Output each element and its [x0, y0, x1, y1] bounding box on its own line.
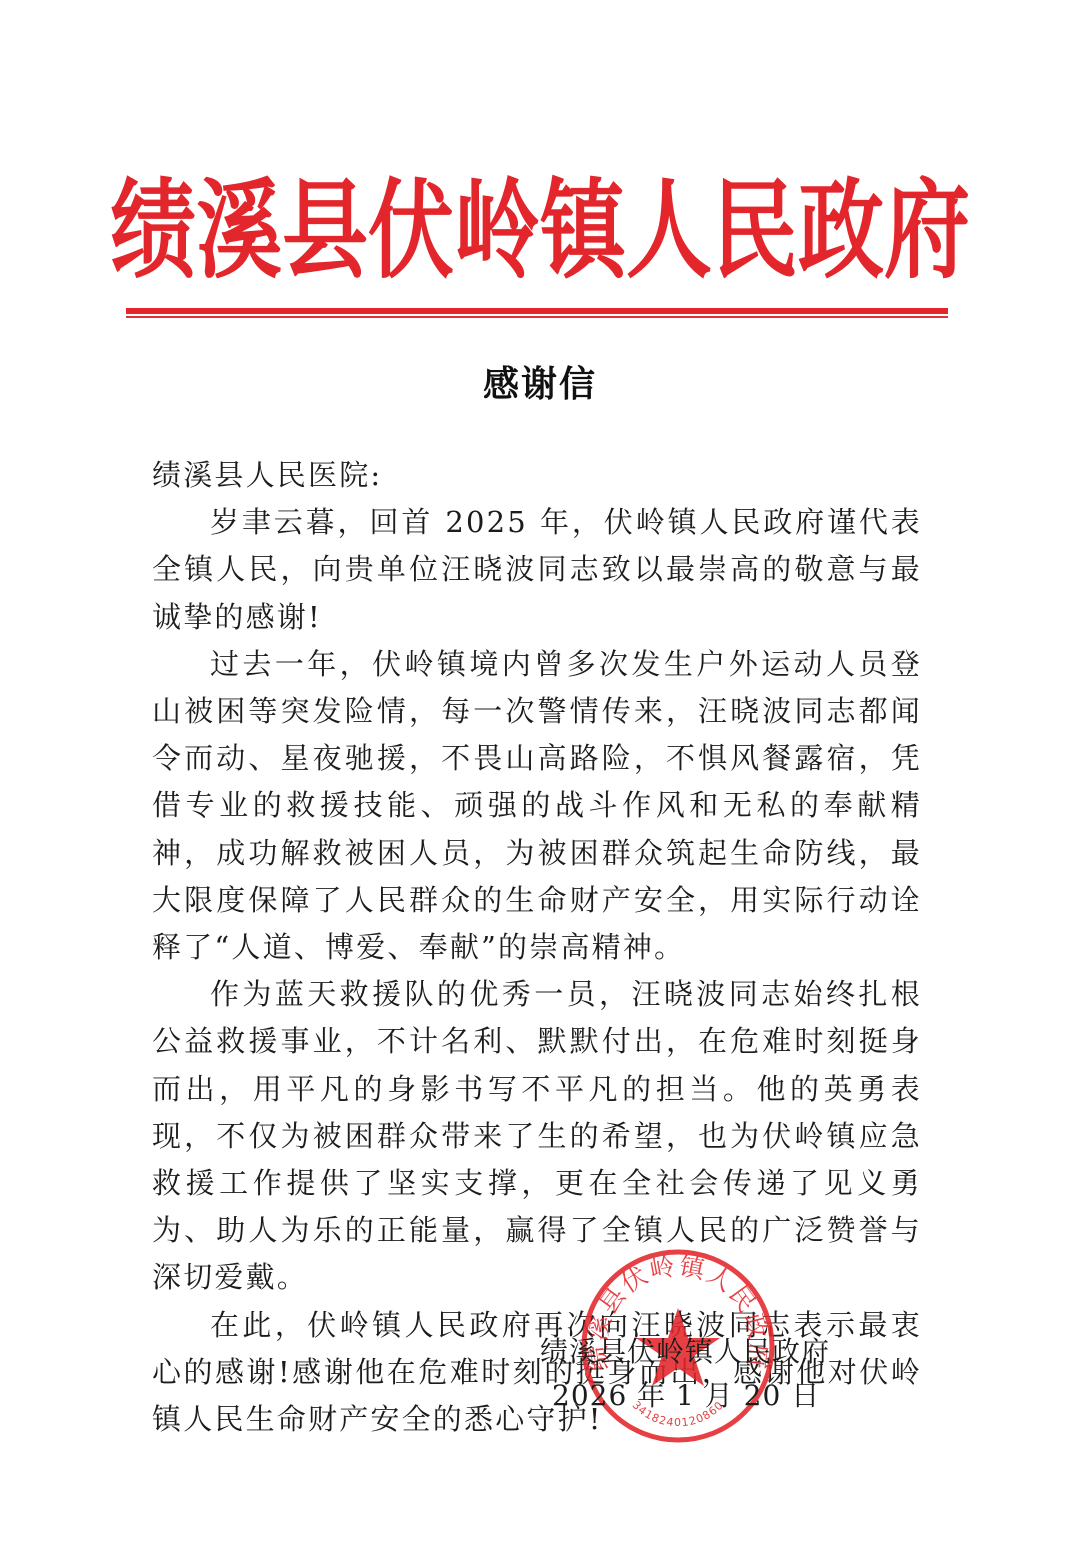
- signature-block: 绩溪县伏岭镇人民政府 2026 年 1 月 20 日: [540, 1330, 840, 1418]
- letter-title: 感谢信: [0, 356, 1080, 407]
- letterhead-rule-thin: [126, 316, 948, 318]
- paragraph-2: 过去一年，伏岭镇境内曾多次发生户外运动人员登山被困等突发险情，每一次警情传来，汪…: [152, 641, 922, 971]
- paragraph-1: 岁聿云暮，回首 2025 年，伏岭镇人民政府谨代表全镇人民，向贵单位汪晓波同志致…: [152, 499, 922, 641]
- signature-date: 2026 年 1 月 20 日: [540, 1374, 840, 1418]
- signature-organization: 绩溪县伏岭镇人民政府: [540, 1330, 840, 1374]
- salutation: 绩溪县人民医院:: [152, 452, 922, 499]
- paragraph-3: 作为蓝天救援队的优秀一员，汪晓波同志始终扎根公益救援事业，不计名利、默默付出，在…: [152, 971, 922, 1301]
- letter-body: 绩溪县人民医院: 岁聿云暮，回首 2025 年，伏岭镇人民政府谨代表全镇人民，向…: [152, 452, 922, 1443]
- letterhead-title: 绩溪县伏岭镇人民政府: [0, 150, 1080, 313]
- letterhead-rule-thick: [126, 308, 948, 314]
